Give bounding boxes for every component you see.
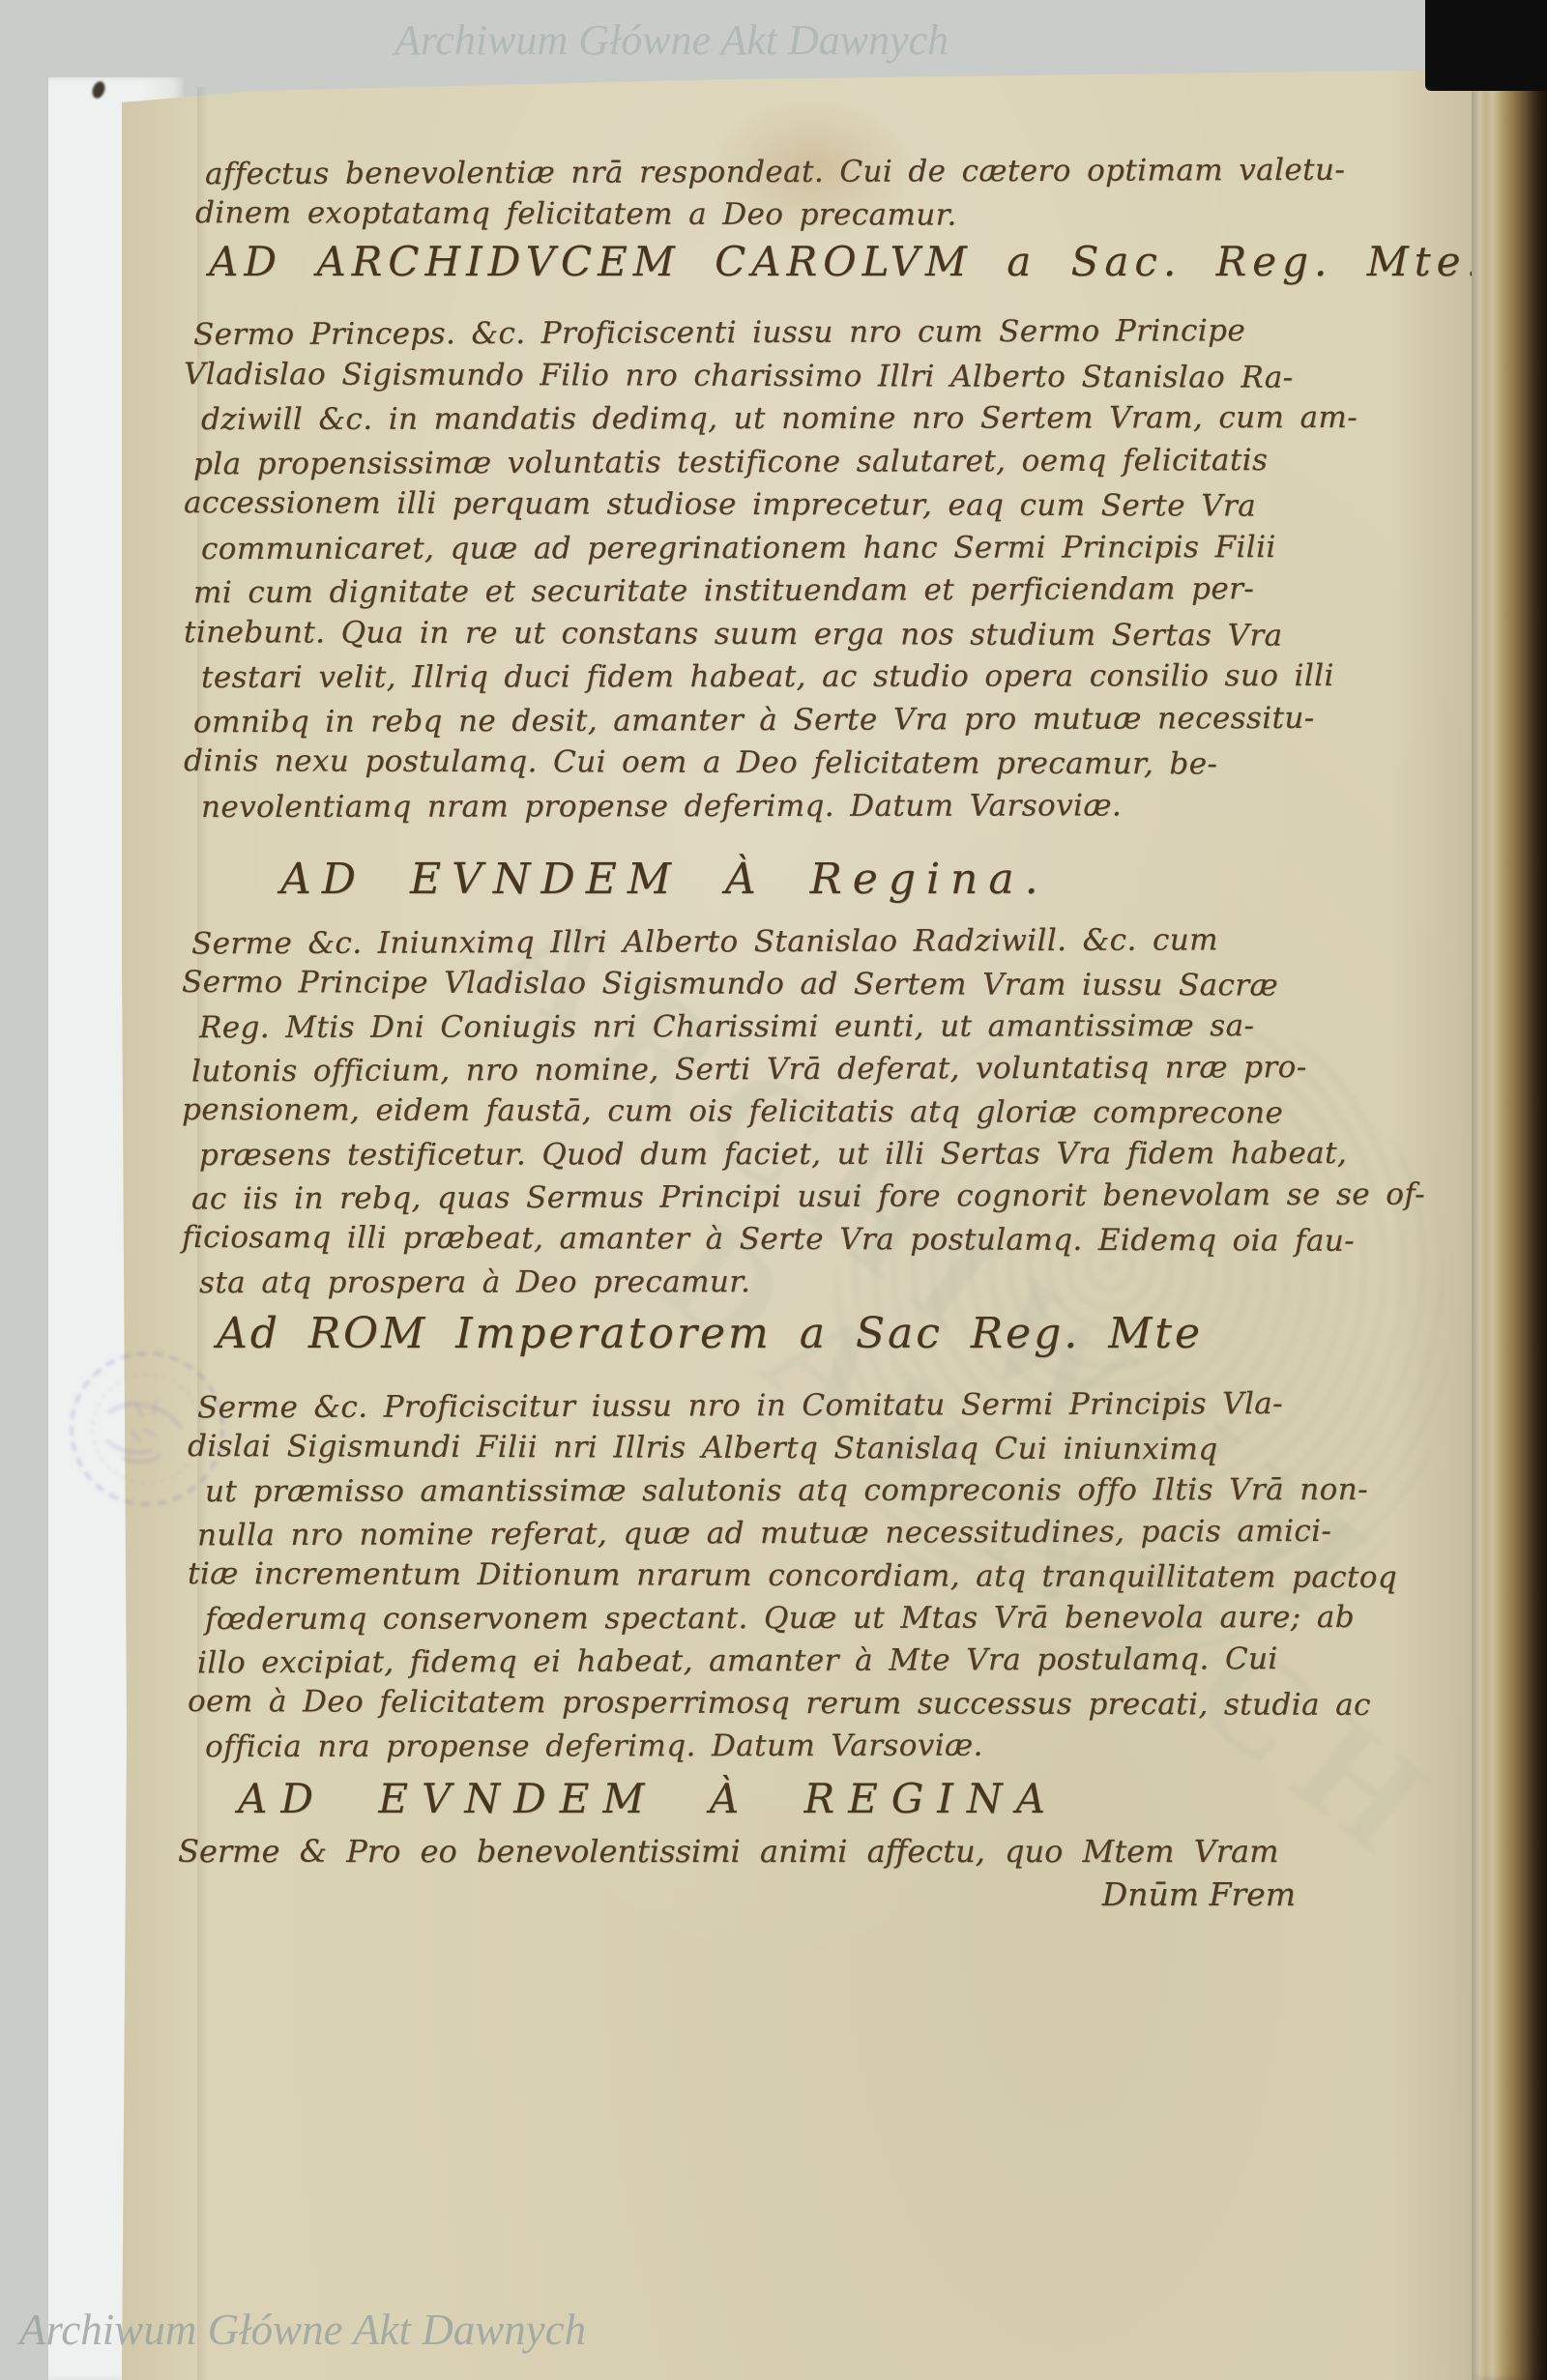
manuscript-scan: ARCHIWUM DAWNYCH affectus benevolentiæ n…	[0, 0, 1547, 2380]
manuscript-line: communicaret, quæ ad peregrinationem han…	[201, 525, 1357, 570]
manuscript-line: Serme & Pro eo benevolentissimi animi af…	[178, 1833, 1278, 1870]
manuscript-line: dziwill &c. in mandatis dedimq, ut nomin…	[201, 396, 1357, 442]
intro-paragraph: affectus benevolentiæ nrā respondeat. Cu…	[203, 151, 1345, 236]
heading-ad-rom-imperatorem: Ad ROM Imperatorem a Sac Reg. Mte	[217, 1309, 1203, 1358]
manuscript-line: lutonis officium, nro nomine, Serti Vrā …	[191, 1046, 1425, 1093]
manuscript-line: pensionem, eidem faustā, cum ois felicit…	[182, 1088, 1425, 1135]
manuscript-line: Sermo Princeps. &c. Proficiscenti iussu …	[193, 309, 1357, 357]
heading-ad-eundem-a-regina-2: AD EVNDEM À REGINA	[238, 1775, 1059, 1822]
manuscript-line: affectus benevolentiæ nrā respondeat. Cu…	[205, 149, 1345, 196]
manuscript-line: ficiosamq illi præbeat, amanter à Serte …	[182, 1216, 1425, 1263]
manuscript-line: illo excipiat, fidemq ei habeat, amanter…	[197, 1638, 1397, 1685]
heading-ad-eundem-a-regina: AD EVNDEM À Regina.	[280, 855, 1049, 904]
manuscript-line: ut præmisso amantissimæ salutonis atq co…	[205, 1468, 1397, 1513]
manuscript-line: dinis nexu postulamq. Cui oem a Deo feli…	[184, 740, 1357, 786]
manuscript-line: oem à Deo felicitatem prosperrimosq reru…	[188, 1680, 1397, 1727]
manuscript-line: præsens testificetur. Quod dum faciet, u…	[199, 1132, 1425, 1176]
black-bookmark-strip	[1425, 0, 1547, 91]
manuscript-line: Vladislao Sigismundo Filio nro charissim…	[184, 353, 1357, 399]
paragraph-ad-rom-imperatorem: Serme &c. Proficiscitur iussu nro in Com…	[195, 1384, 1397, 1767]
paragraph-ad-eundem-regina: Serme &c. Iniunximq Illri Alberto Stanis…	[190, 920, 1425, 1303]
manuscript-line: Serme &c. Proficiscitur iussu nro in Com…	[197, 1382, 1397, 1430]
heading-ad-archiducem-carolum: AD ARCHIDVCEM CAROLVM a Sac. Reg. Mte.	[209, 238, 1485, 285]
manuscript-line: tinebunt. Qua in re ut constans suum erg…	[184, 611, 1357, 657]
manuscript-line: fœderumq conservonem spectant. Quæ ut Mt…	[205, 1596, 1397, 1640]
manuscript-line: ac iis in rebq, quas Sermus Principi usu…	[191, 1174, 1425, 1221]
archive-round-stamp	[50, 1336, 244, 1529]
manuscript-line: pla propensissimæ voluntatis testificone…	[193, 438, 1357, 485]
manuscript-line: nevolentiamq nram propense deferimq. Dat…	[201, 783, 1357, 828]
signoff-dnum-frem: Dnūm Frem	[1006, 1875, 1296, 1913]
manuscript-line: tiæ incrementum Ditionum nrarum concordi…	[188, 1553, 1397, 1599]
manuscript-line: Serme &c. Iniunximq Illri Alberto Stanis…	[191, 918, 1425, 966]
manuscript-line: officia nra propense deferimq. Datum Var…	[205, 1724, 1397, 1768]
manuscript-line: omnibq in rebq ne desit, amanter à Serte…	[193, 696, 1357, 743]
manuscript-line: accessionem illi perquam studiose imprec…	[184, 481, 1357, 528]
paragraph-ad-archiducem: Sermo Princeps. &c. Proficiscenti iussu …	[191, 311, 1357, 827]
manuscript-line: dinem exoptatamq felicitatem a Deo preca…	[195, 191, 1345, 238]
archive-watermark-top: Archiwum Główne Akt Dawnych	[394, 15, 949, 65]
manuscript-line: testari velit, Illriq duci fidem habeat,…	[201, 654, 1357, 700]
manuscript-line: sta atq prospera à Deo precamur.	[199, 1260, 1425, 1304]
manuscript-line: nulla nro nomine referat, quæ ad mutuæ n…	[197, 1510, 1397, 1557]
book-binding-page-edges	[1472, 62, 1547, 2380]
manuscript-line: dislai Sigismundi Filii nri Illris Alber…	[188, 1425, 1397, 1471]
manuscript-line: Reg. Mtis Dni Coniugis nri Charissimi eu…	[199, 1004, 1425, 1049]
manuscript-line: mi cum dignitate et securitate instituen…	[193, 567, 1357, 615]
manuscript-line: Sermo Principe Vladislao Sigismundo ad S…	[182, 961, 1425, 1007]
